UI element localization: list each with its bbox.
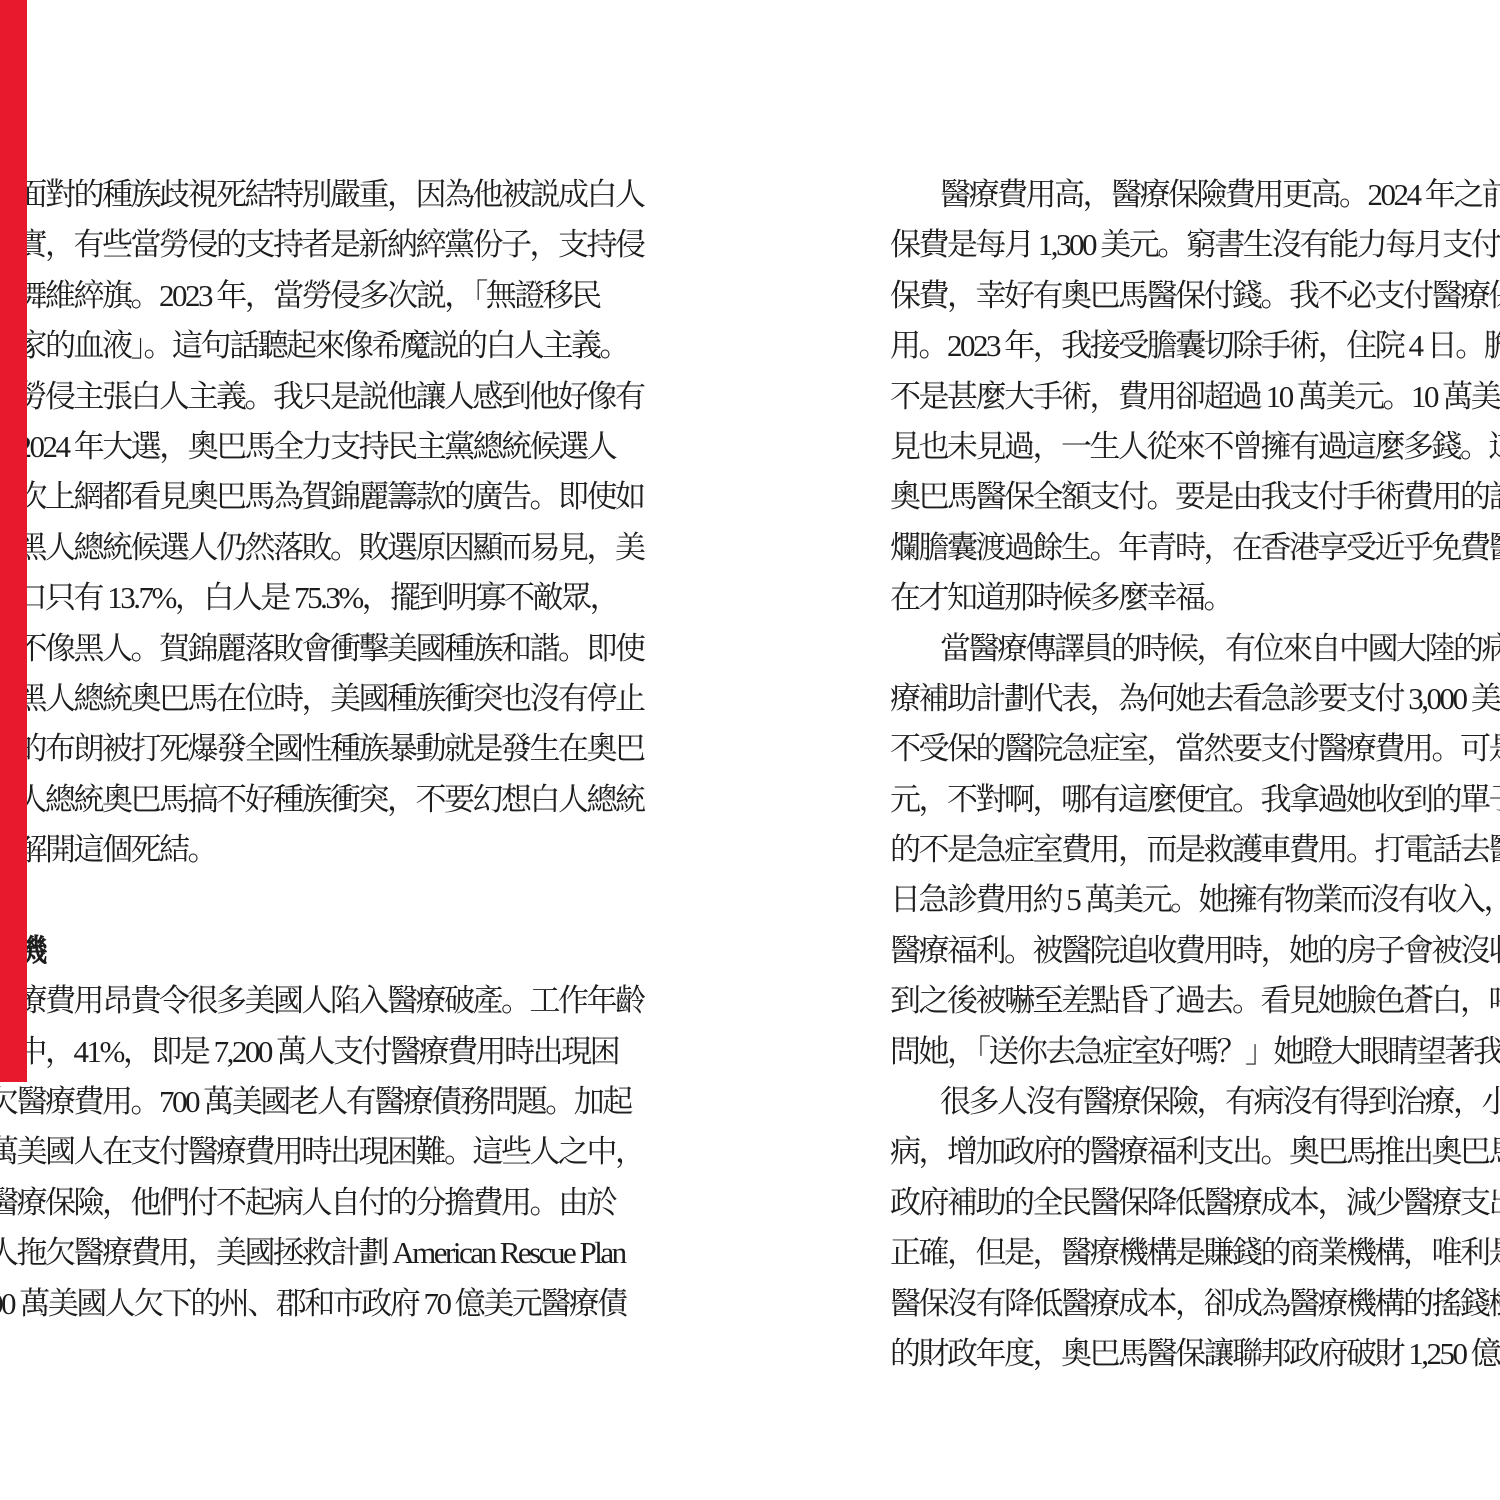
text-line: 欠醫療費用。700 萬美國老人有醫療債務問題。加起 xyxy=(0,1077,644,1127)
text-line: 醫療保險，他們付不起病人自付的分擔費用。由於 xyxy=(0,1178,644,1228)
text-line: 人口只有 13.7%，白人是 75.3%，擺到明寡不敵眾， xyxy=(0,573,644,623)
red-ribbon-bar xyxy=(0,0,27,1082)
text-line: 政府補助的全民醫保降低醫療成本，減少醫療支出。 xyxy=(890,1178,1500,1228)
text-line: 元，不對啊，哪有這麼便宜。我拿過她收到的單子看 xyxy=(890,775,1500,825)
text-line: 到之後被嚇至差點昏了過去。看見她臉色蒼白，呼吸 xyxy=(890,976,1500,1026)
text-line: 每次上網都看見奧巴馬為賀錦麗籌款的廣告。即使如 xyxy=(0,472,644,522)
text-line: 女黑人總統候選人仍然落敗。敗選原因顯而易見，美 xyxy=(0,523,644,573)
text-line: 當勞侵主張白人主義。我只是説他讓人感到他好像有 xyxy=(0,372,644,422)
text-line: 問她，「送你去急症室好嗎？」她瞪大眼睛望著我，沒 xyxy=(890,1027,1500,1077)
text-line: 見也未見過，一生人從來不曾擁有過這麼多錢。這筆 xyxy=(890,422,1500,472)
book-page-spread: 侵面對的種族歧視死結特別嚴重，因為他被説成白人 確實，有些當勞侵的支持者是新納綷… xyxy=(0,0,1500,1500)
text-line: 確實，有些當勞侵的支持者是新納綷黨份子，支持侵 xyxy=(0,220,644,270)
text-line: 之中，41%，即是 7,200 萬人支付醫療費用時出現困 xyxy=(0,1027,644,1077)
text-line: 侵面對的種族歧視死結特別嚴重，因為他被説成白人 xyxy=(0,170,644,220)
text-line: 國家的血液」。這句話聽起來像希魔説的白人主義。 xyxy=(0,321,644,371)
text-line: 療補助計劃代表，為何她去看急診要支付 3,000 美元 xyxy=(890,674,1500,724)
right-text-column: 醫療費用高，醫療保險費用更高。2024 年之前， 保費是每月 1,300 美元。… xyxy=(890,170,1500,1379)
text-line: 當醫療傳譯員的時候，有位來自中國大陸的病人 xyxy=(890,624,1500,674)
text-line: 很多人沒有醫療保險，有病沒有得到治療，小病 xyxy=(890,1077,1500,1127)
text-line: 不是甚麼大手術，費用卻超過 10 萬美元。10 萬美元 xyxy=(890,372,1500,422)
text-line: 的不是急症室費用，而是救護車費用。打電話去醫院 xyxy=(890,825,1500,875)
text-line: 。2024 年大選，奧巴馬全力支持民主黨總統候選人 xyxy=(0,422,644,472)
text-line: 醫保沒有降低醫療成本，卻成為醫療機構的搖錢樹 xyxy=(890,1279,1500,1329)
text-line: 用。2023 年，我接受膽囊切除手術，住院 4 日。膽囊 xyxy=(890,321,1500,371)
text-line: 人拖欠醫療費用，美國拯救計劃 American Rescue Plan xyxy=(0,1228,644,1278)
text-line: 保費是每月 1,300 美元。窮書生沒有能力每月支付 1 xyxy=(890,220,1500,270)
text-line: 位黑人總統奧巴馬在位時，美國種族衝突也沒有停止 xyxy=(0,674,644,724)
text-line: 以解開這個死結。 xyxy=(0,825,644,875)
text-line: 不受保的醫院急症室，當然要支付醫療費用。可是 xyxy=(890,724,1500,774)
left-text-column: 侵面對的種族歧視死結特別嚴重，因為他被説成白人 確實，有些當勞侵的支持者是新納綷… xyxy=(0,170,644,1329)
text-line: 00 萬美國人欠下的州、郡和市政府 70 億美元醫療債 xyxy=(0,1279,644,1329)
text-line: 的財政年度，奧巴馬醫保讓聯邦政府破財 1,250 億美元 xyxy=(890,1329,1500,1379)
text-line: 醫療費用高，醫療保險費用更高。2024 年之前， xyxy=(890,170,1500,220)
section-heading: 危機 xyxy=(0,926,644,976)
text-line: 來不像黑人。賀錦麗落敗會衝擊美國種族和諧。即使 xyxy=(0,624,644,674)
text-line: 病，增加政府的醫療福利支出。奧巴馬推出奧巴馬醫 xyxy=(890,1127,1500,1177)
text-line: 萬美國人在支付醫療費用時出現困難。這些人之中， xyxy=(0,1127,644,1177)
text-line: 醫療福利。被醫院追收費用時，她的房子會被沒收拍 xyxy=(890,926,1500,976)
text-line: 醫療費用昂貴令很多美國人陷入醫療破產。工作年齡 xyxy=(0,976,644,1026)
text-line: 在才知道那時候多麼幸福。 xyxy=(890,573,1500,623)
text-line: 説的布朗被打死爆發全國性種族暴動就是發生在奧巴 xyxy=(0,724,644,774)
text-line: 奧巴馬醫保全額支付。要是由我支付手術費用的話， xyxy=(890,472,1500,522)
text-line: 日急診費用約 5 萬美元。她擁有物業而沒有收入，可 xyxy=(890,875,1500,925)
text-line: 揮舞維綷旗。2023 年，當勞侵多次説，「無證移民 xyxy=(0,271,644,321)
text-line: 正確，但是，醫療機構是賺錢的商業機構，唯利是圖 xyxy=(890,1228,1500,1278)
text-line: 黑人總統奧巴馬搞不好種族衝突，不要幻想白人總統 xyxy=(0,775,644,825)
blank-line xyxy=(0,875,644,925)
text-line: 爛膽囊渡過餘生。年青時，在香港享受近乎免費醫療 xyxy=(890,523,1500,573)
text-line: 保費，幸好有奧巴馬醫保付錢。我不必支付醫療保險 xyxy=(890,271,1500,321)
